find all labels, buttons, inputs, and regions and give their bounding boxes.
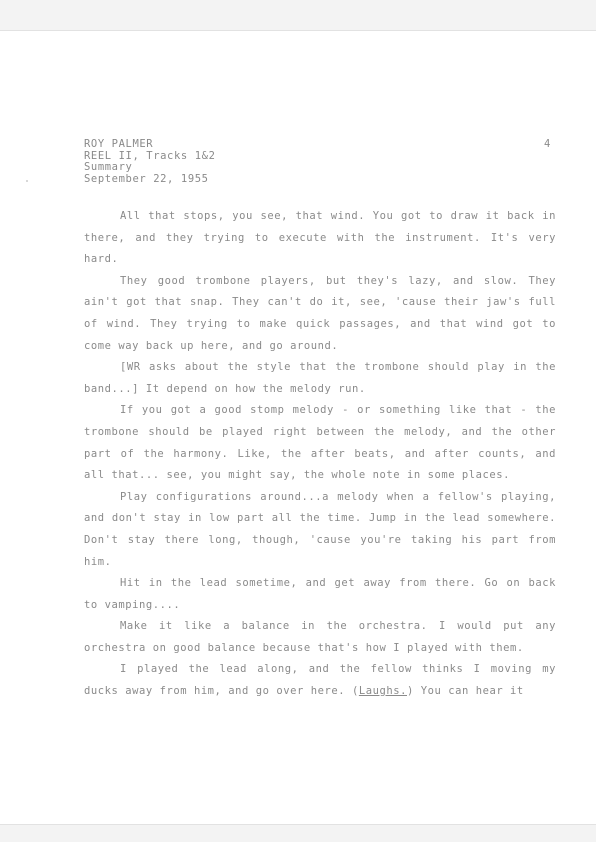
paragraph: I played the lead along, and the fellow … <box>84 659 556 702</box>
transcript-body: All that stops, you see, that wind. You … <box>84 206 556 703</box>
document-header: ROY PALMER REEL II, Tracks 1&2 Summary S… <box>84 139 216 185</box>
interviewee-name: ROY PALMER <box>84 139 216 151</box>
paragraph-text: ) You can hear it <box>407 685 524 697</box>
stage-direction: Laughs. <box>359 685 407 697</box>
document-type: Summary <box>84 162 216 174</box>
page-number: 4 <box>544 139 550 151</box>
document-page: ROY PALMER REEL II, Tracks 1&2 Summary S… <box>0 30 596 824</box>
paragraph: [WR asks about the style that the trombo… <box>84 357 556 400</box>
paragraph: All that stops, you see, that wind. You … <box>84 206 556 271</box>
paragraph: Hit in the lead sometime, and get away f… <box>84 573 556 616</box>
scan-top-border <box>0 0 596 31</box>
scan-bottom-border <box>0 824 596 842</box>
paragraph: They good trombone players, but they's l… <box>84 271 556 357</box>
paragraph: If you got a good stomp melody - or some… <box>84 400 556 486</box>
scan-speck <box>26 180 28 182</box>
paragraph: Play configurations around...a melody wh… <box>84 487 556 573</box>
interview-date: September 22, 1955 <box>84 174 216 186</box>
paragraph: Make it like a balance in the orchestra.… <box>84 616 556 659</box>
